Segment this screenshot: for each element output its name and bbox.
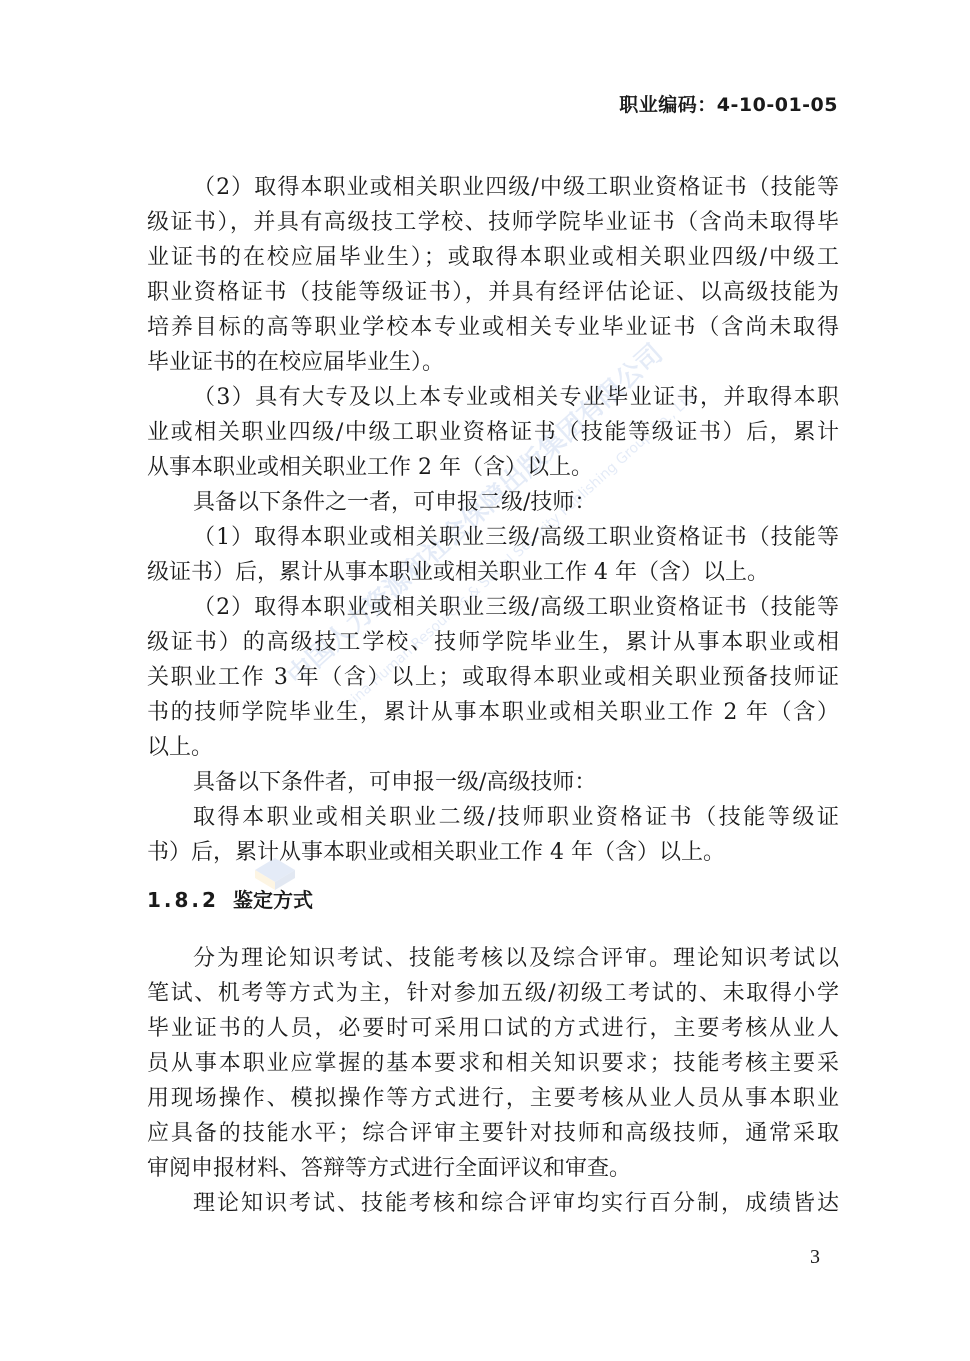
text-line: （3）具有大专及以上本专业或相关专业毕业证书，并取得本职: [147, 380, 839, 415]
page-number: 3: [810, 1246, 820, 1269]
text-line: 毕业证书的人员，必要时可采用口试的方式进行，主要考核从业人: [147, 1011, 839, 1046]
text-line: 毕业证书的在校应届毕业生）。: [147, 345, 839, 380]
text-line: 用现场操作、模拟操作等方式进行，主要考核从业人员从事本职业: [147, 1081, 839, 1116]
text-line: 级证书）后，累计从事本职业或相关职业工作 4 年（含）以上。: [147, 555, 839, 590]
text-line: 从事本职业或相关职业工作 2 年（含）以上。: [147, 450, 839, 485]
text-line: （2）取得本职业或相关职业三级/高级工职业资格证书（技能等: [147, 590, 839, 625]
text-line: 以上。: [147, 730, 839, 765]
text-line: 业或相关职业四级/中级工职业资格证书（技能等级证书）后，累计: [147, 415, 839, 450]
condition-intro-level2: 具备以下条件之一者，可申报二级/技师：: [147, 485, 839, 520]
text-line: 笔试、机考等方式为主，针对参加五级/初级工考试的、未取得小学: [147, 976, 839, 1011]
text-line: （1）取得本职业或相关职业三级/高级工职业资格证书（技能等: [147, 520, 839, 555]
text-line: 审阅申报材料、答辩等方式进行全面评议和审查。: [147, 1151, 839, 1186]
occupation-code: 职业编码：4-10-01-05: [619, 90, 838, 117]
page-body: （2）取得本职业或相关职业四级/中级工职业资格证书（技能等 级证书），并具有高级…: [147, 170, 839, 1221]
section-title: 鉴定方式: [233, 888, 313, 912]
text-line: 培养目标的高等职业学校本专业或相关专业毕业证书（含尚未取得: [147, 310, 839, 345]
section-heading: 1.8.2鉴定方式: [147, 883, 839, 918]
text-line: 员从事本职业应掌握的基本要求和相关知识要求；技能考核主要采: [147, 1046, 839, 1081]
text-line: 级证书），并具有高级技工学校、技师学院毕业证书（含尚未取得毕: [147, 205, 839, 240]
text-line: 职业资格证书（技能等级证书），并具有经评估论证、以高级技能为: [147, 275, 839, 310]
condition-intro-level1: 具备以下条件者，可申报一级/高级技师：: [147, 765, 839, 800]
text-line: 应具备的技能水平；综合评审主要针对技师和高级技师，通常采取: [147, 1116, 839, 1151]
text-line: （2）取得本职业或相关职业四级/中级工职业资格证书（技能等: [147, 170, 839, 205]
text-line: 分为理论知识考试、技能考核以及综合评审。理论知识考试以: [147, 941, 839, 976]
section-number: 1.8.2: [147, 888, 219, 912]
text-line: 取得本职业或相关职业二级/技师职业资格证书（技能等级证: [147, 800, 839, 835]
text-line: 业证书的在校应届毕业生）；或取得本职业或相关职业四级/中级工: [147, 240, 839, 275]
text-line: 级证书）的高级技工学校、技师学院毕业生，累计从事本职业或相: [147, 625, 839, 660]
text-line: 关职业工作 3 年（含）以上；或取得本职业或相关职业预备技师证: [147, 660, 839, 695]
text-line: 理论知识考试、技能考核和综合评审均实行百分制，成绩皆达: [147, 1186, 839, 1221]
text-line: 书）后，累计从事本职业或相关职业工作 4 年（含）以上。: [147, 835, 839, 870]
text-line: 书的技师学院毕业生，累计从事本职业或相关职业工作 2 年（含）: [147, 695, 839, 730]
